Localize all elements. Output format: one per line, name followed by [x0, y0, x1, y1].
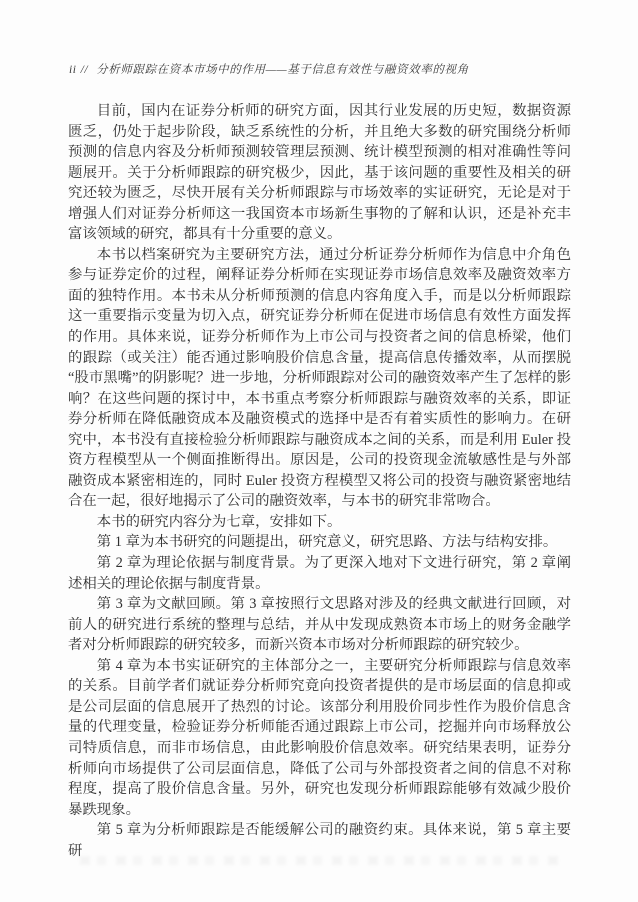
paragraph: 第 3 章为文献回顾。第 3 章按照行文思路对涉及的经典文献进行回顾，对前人的研… — [68, 594, 571, 656]
page-bleed-artifact — [80, 852, 560, 878]
body-text: 目前，国内在证券分析师的研究方面，因其行业发展的历史短，数据资源匮乏，仍处于起步… — [68, 101, 571, 861]
paragraph: 第 1 章为本书研究的问题提出，研究意义，研究思路、方法与结构安排。 — [68, 532, 571, 553]
page-number: ii — [69, 64, 77, 76]
paragraph: 目前，国内在证券分析师的研究方面，因其行业发展的历史短，数据资源匮乏，仍处于起步… — [68, 101, 571, 245]
paragraph: 本书以档案研究为主要研究方法，通过分析证券分析师作为信息中介角色参与证券定价的过… — [68, 245, 571, 512]
header-separator: // — [81, 64, 89, 76]
running-header: ii//分析师跟踪在资本市场中的作用——基于信息有效性与融资效率的视角 — [69, 62, 572, 78]
book-page: ii//分析师跟踪在资本市场中的作用——基于信息有效性与融资效率的视角 目前，国… — [0, 0, 638, 902]
running-title: 分析师跟踪在资本市场中的作用——基于信息有效性与融资效率的视角 — [96, 64, 469, 76]
paragraph: 第 4 章为本书实证研究的主体部分之一，主要研究分析师跟踪与信息效率的关系。目前… — [68, 656, 571, 820]
paragraph: 第 2 章为理论依据与制度背景。为了更深入地对下文进行研究，第 2 章阐述相关的… — [68, 553, 571, 594]
paragraph: 本书的研究内容分为七章，安排如下。 — [68, 512, 571, 533]
